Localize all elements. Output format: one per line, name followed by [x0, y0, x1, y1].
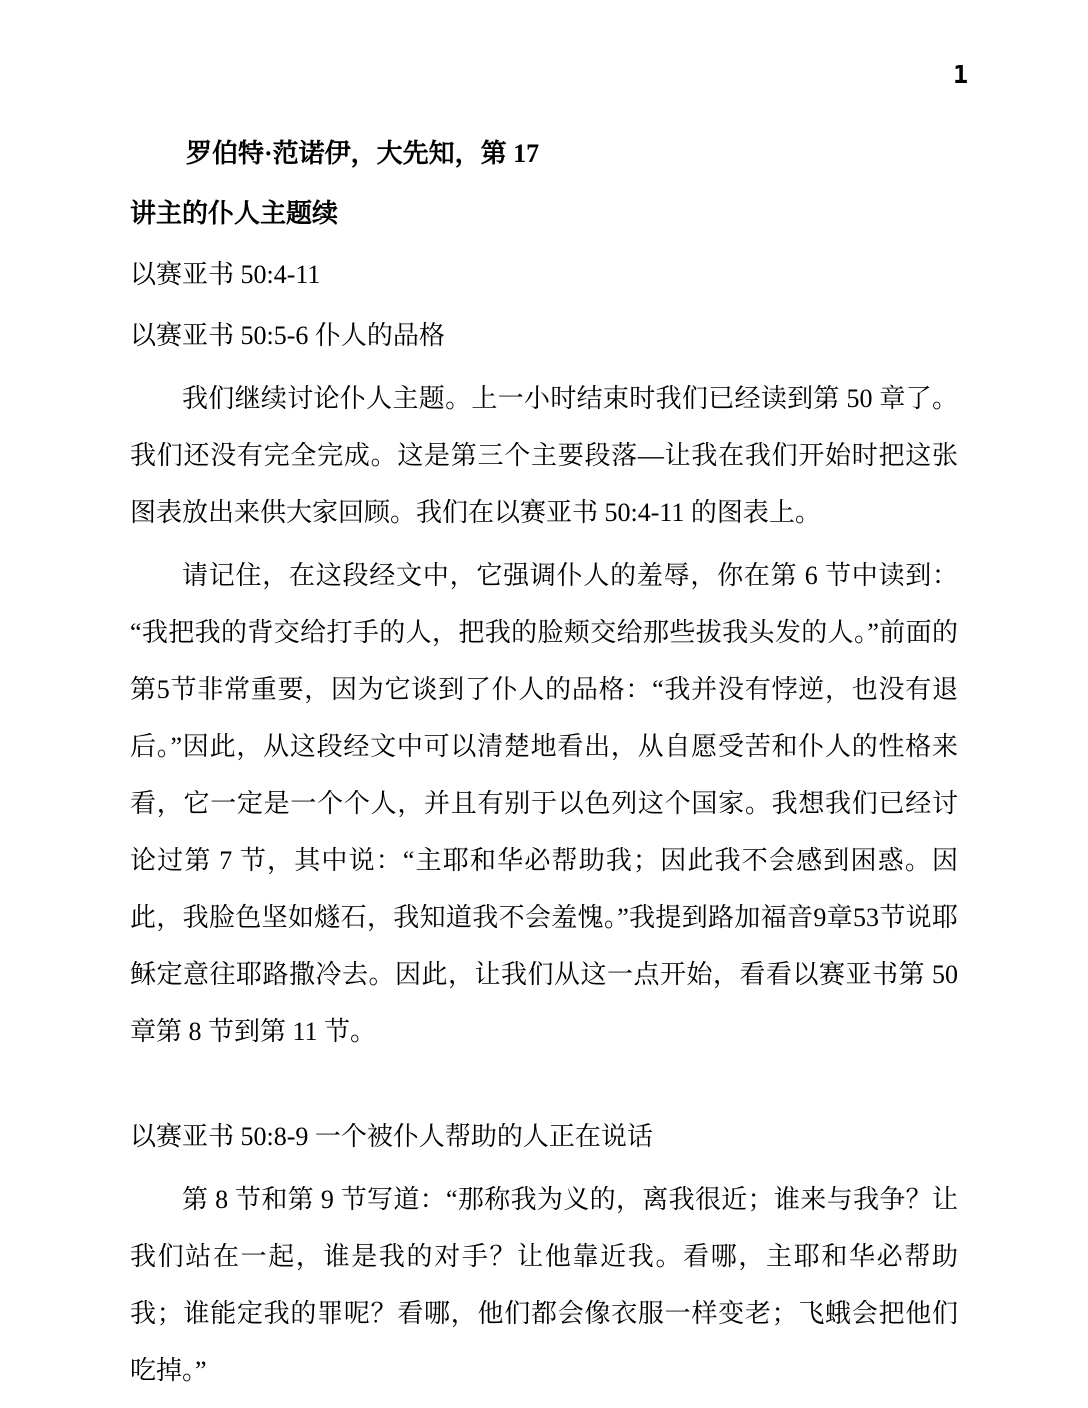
page-number: 1	[953, 60, 968, 90]
document-page: 1 罗伯特·范诺伊，大先知，第 17 讲主的仆人主题续 以赛亚书 50:4-11…	[0, 0, 1088, 1408]
scripture-reference-character: 以赛亚书 50:5-6 仆人的品格	[130, 307, 958, 364]
paragraph-intro: 我们继续讨论仆人主题。上一小时结束时我们已经读到第 50 章了。我们还没有完全完…	[130, 370, 958, 541]
theme-heading: 讲主的仆人主题续	[130, 185, 958, 242]
paragraph-verse-discussion: 请记住，在这段经文中，它强调仆人的羞辱，你在第 6 节中读到：“我把我的背交给打…	[130, 547, 958, 1060]
scripture-reference-main: 以赛亚书 50:4-11	[130, 246, 958, 303]
document-content: 罗伯特·范诺伊，大先知，第 17 讲主的仆人主题续 以赛亚书 50:4-11 以…	[130, 125, 958, 1399]
document-title: 罗伯特·范诺伊，大先知，第 17	[130, 125, 958, 182]
section-heading-50-8-9: 以赛亚书 50:8-9 一个被仆人帮助的人正在说话	[130, 1108, 958, 1165]
paragraph-quote-50-8-9: 第 8 节和第 9 节写道：“那称我为义的，离我很近；谁来与我争？让我们站在一起…	[130, 1171, 958, 1399]
